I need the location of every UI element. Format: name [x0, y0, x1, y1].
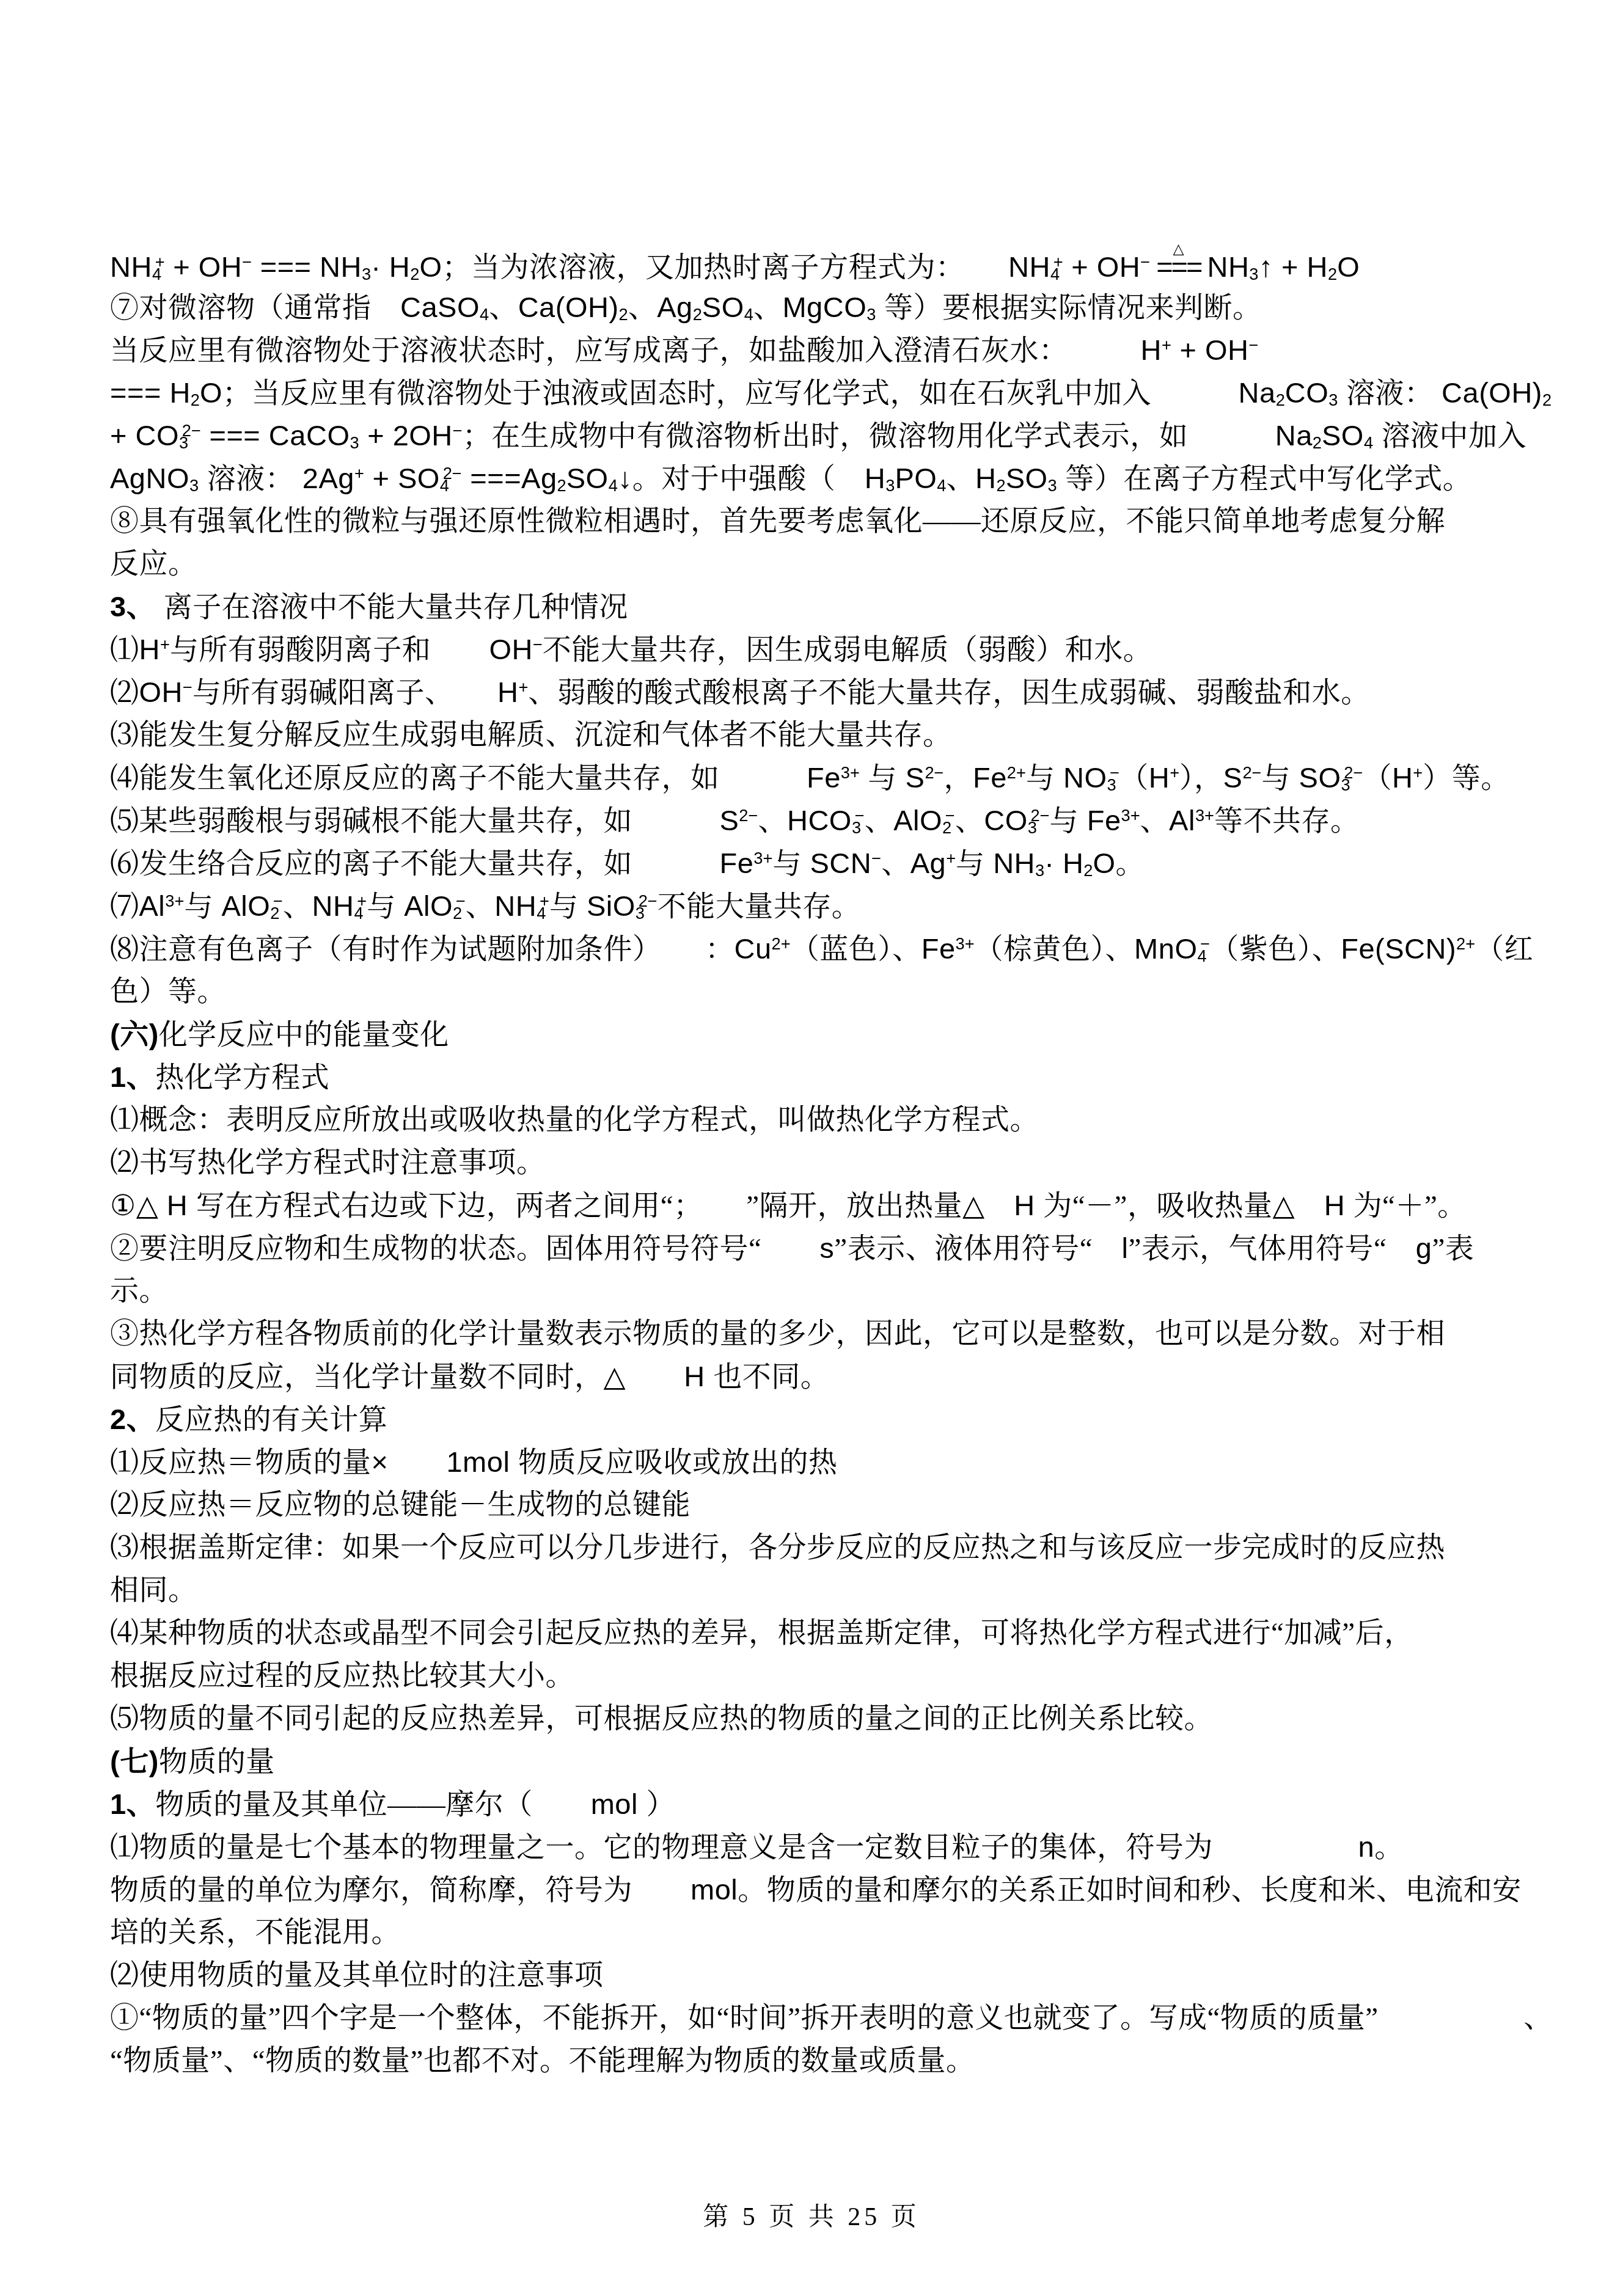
- bold-text: 1、: [110, 1062, 155, 1094]
- latin-text: 2−: [1031, 806, 1050, 825]
- superscript: −: [183, 678, 192, 696]
- latin-text: 4: [1364, 433, 1373, 452]
- latin-text: NH: [1008, 250, 1050, 283]
- latin-text: (: [110, 1745, 120, 1777]
- latin-text: 3: [866, 305, 876, 324]
- text-line: 当反应里有微溶物处于溶液状态时，应写成离子，如盐酸加入澄清石灰水： H+ + O…: [110, 329, 1577, 371]
- superscript: 2+: [772, 935, 791, 953]
- latin-text: 2+: [772, 934, 791, 953]
- text-line: 示。: [110, 1270, 1577, 1312]
- latin-text: 3: [1328, 390, 1338, 409]
- text-line: 1、热化学方程式: [110, 1056, 1577, 1099]
- latin-text: MnO: [1134, 932, 1197, 965]
- latin-text: MgCO: [782, 291, 866, 323]
- latin-text: + OH: [165, 250, 243, 283]
- latin-text: SO: [566, 462, 609, 494]
- text-line: ⑦对微溶物（通常指 CaSO4、Ca(OH)2、Ag2SO4、MgCO3 等）要…: [110, 286, 1577, 329]
- subscript: 2: [693, 305, 702, 324]
- superscript: +: [1162, 336, 1171, 354]
- latin-text: ): [149, 1745, 159, 1777]
- text-line: “物质量”、“物质的数量”也都不对。不能理解为物质的数量或质量。: [110, 2039, 1577, 2082]
- latin-text: +: [1053, 252, 1063, 271]
- text-line: ⑶能发生复分解反应生成弱电解质、沉淀和气体者不能大量共存。: [110, 714, 1577, 756]
- subscript: 2: [996, 477, 1005, 495]
- text-line: AgNO3 溶液： 2Ag+ + SO42− ===Ag2SO4↓。对于中强酸（…: [110, 457, 1577, 500]
- latin-text: [1373, 419, 1382, 452]
- latin-text: −: [1200, 934, 1210, 953]
- text-line: ⑹发生络合反应的离子不能大量共存，如 Fe3+与 SCN−、Ag+与 NH3· …: [110, 842, 1577, 885]
- latin-text: H: [1392, 761, 1413, 794]
- latin-text: Fe: [921, 932, 956, 965]
- latin-text: 3: [350, 433, 359, 452]
- document-body: NH4+ + OH− === NH3· H2O；当为浓溶液，又加热时离子方程式为…: [110, 243, 1577, 2082]
- superscript: −: [242, 253, 252, 271]
- latin-text: −: [1248, 335, 1258, 354]
- subscript: 3: [866, 305, 876, 324]
- delta-equals-symbol: △===: [1156, 243, 1201, 281]
- latin-text: 2−: [639, 891, 658, 910]
- latin-text: OH: [489, 633, 533, 665]
- latin-text: CO: [1285, 376, 1329, 409]
- subscript: 4: [937, 477, 946, 495]
- latin-text: 2: [1542, 390, 1552, 409]
- latin-text: Cu: [735, 932, 772, 965]
- latin-text: SCN: [802, 847, 871, 879]
- latin-text: 2−: [1242, 763, 1261, 782]
- latin-text: 1mol: [446, 1446, 518, 1478]
- text-line: 1、物质的量及其单位——摩尔（ mol ）: [110, 1783, 1577, 1826]
- superscript: 2−: [739, 806, 758, 825]
- text-line: ⑷某种物质的状态或晶型不同会引起反应热的差异，根据盖斯定律，可将热化学方程式进行…: [110, 1612, 1577, 1654]
- bold-text: 1、: [110, 1789, 155, 1821]
- latin-text: −: [453, 421, 463, 440]
- text-line: ⑵反应热＝反应物的总键能－生成物的总键能: [110, 1483, 1577, 1526]
- latin-text: 3: [1048, 476, 1057, 495]
- latin-text: 3+: [753, 849, 772, 868]
- latin-text: + CO: [110, 419, 179, 452]
- latin-text: SO: [1006, 462, 1048, 494]
- superscript: 2−: [639, 892, 658, 910]
- document-page: NH4+ + OH− === NH3· H2O；当为浓溶液，又加热时离子方程式为…: [0, 0, 1623, 2296]
- subscript: 2: [1328, 265, 1337, 283]
- latin-text: 2: [1313, 433, 1322, 452]
- subscript: 3: [350, 434, 359, 452]
- latin-text: 3: [362, 265, 371, 283]
- latin-text: NH: [1207, 250, 1249, 283]
- latin-text: [1338, 376, 1346, 409]
- subscript: 2: [1542, 391, 1552, 409]
- subscript: 3: [1249, 265, 1258, 283]
- superscript: 2−: [1242, 764, 1261, 782]
- latin-text: 2: [1083, 861, 1093, 880]
- subscript: 3: [1035, 861, 1044, 880]
- latin-text: g: [1416, 1232, 1432, 1264]
- superscript: +: [540, 892, 549, 910]
- text-line: ⑴反应热＝物质的量× 1mol 物质反应吸收或放出的热: [110, 1441, 1577, 1483]
- latin-text: S: [1223, 761, 1243, 794]
- superscript: 2−: [1031, 806, 1050, 825]
- text-line: ⑶根据盖斯定律：如果一个反应可以分几步进行，各分步反应的反应热之和与该反应一步完…: [110, 1526, 1577, 1569]
- latin-text: === NH: [252, 250, 362, 283]
- latin-text: NH: [985, 847, 1035, 879]
- latin-text: −: [1110, 763, 1119, 782]
- latin-text: SO: [702, 291, 744, 323]
- text-line: 反应。: [110, 543, 1577, 585]
- latin-text: −: [183, 678, 192, 696]
- latin-text: AlO: [893, 804, 942, 836]
- latin-text: 2−: [443, 464, 462, 483]
- latin-text: S: [897, 761, 925, 794]
- superscript: +: [946, 849, 956, 868]
- latin-text: H: [139, 633, 160, 665]
- text-line: 物质的量的单位为摩尔，简称摩，符号为 mol。物质的量和摩尔的关系正如时间和秒、…: [110, 1868, 1577, 1911]
- latin-text: [155, 590, 164, 623]
- superscript: 3+: [841, 764, 860, 782]
- text-line: 根据反应过程的反应热比较其大小。: [110, 1654, 1577, 1697]
- latin-text: + OH: [1063, 250, 1141, 283]
- latin-text: ): [149, 1018, 159, 1050]
- latin-text: (: [110, 1018, 120, 1050]
- latin-text: [1057, 462, 1066, 494]
- latin-text: 3: [110, 590, 126, 623]
- latin-text: 2: [1328, 265, 1337, 283]
- superscript: 2−: [1344, 764, 1363, 782]
- text-line: ⑻注意有色离子（有时作为试题附加条件） ：Cu2+（蓝色）、Fe3+（棕黄色）、…: [110, 927, 1577, 970]
- latin-text: +: [518, 678, 528, 696]
- latin-text: mol: [691, 1873, 738, 1906]
- latin-text: 2: [110, 1403, 126, 1435]
- latin-text: △: [604, 1360, 626, 1392]
- latin-text: −: [273, 891, 283, 910]
- latin-text: 2: [1276, 390, 1285, 409]
- superscript: 2−: [443, 464, 462, 483]
- subscript: 2: [619, 305, 628, 324]
- text-line: ⑵OH−与所有弱碱阳离子、 H+、弱酸的酸式酸根离子不能大量共存，因生成弱碱、弱…: [110, 671, 1577, 714]
- latin-text: 3+: [165, 891, 184, 910]
- subscript: 3: [189, 477, 199, 495]
- latin-text: Al: [139, 890, 166, 922]
- text-line: (六)化学反应中的能量变化: [110, 1013, 1577, 1056]
- latin-text: 3+: [841, 763, 860, 782]
- latin-text: Ag: [910, 847, 947, 879]
- latin-text: △: [1272, 1189, 1295, 1221]
- latin-text: −: [945, 806, 955, 825]
- text-line: === H2O；当反应里有微溶物处于浊液或固态时，应写化学式，如在石灰乳中加入 …: [110, 371, 1577, 414]
- text-line: ①△ H 写在方程式右边或下边，两者之间用“； ”隔开，放出热量△ H 为“－”…: [110, 1184, 1577, 1227]
- subscript: 3: [1048, 477, 1057, 495]
- text-line: 同物质的反应，当化学计量数不同时，△ H 也不同。: [110, 1355, 1577, 1398]
- superscript: 3+: [1121, 806, 1140, 825]
- latin-text: · H: [371, 250, 410, 283]
- latin-text: NH: [110, 250, 152, 283]
- latin-text: l: [1122, 1232, 1129, 1264]
- subscript: 3: [1328, 391, 1338, 409]
- text-line: ⑷能发生氧化还原反应的离子不能大量共存，如 Fe3+ 与 S2−，Fe2+与 N…: [110, 756, 1577, 799]
- latin-text: 2: [693, 305, 702, 324]
- latin-text: NH: [494, 890, 537, 922]
- subscript: 4: [609, 477, 618, 495]
- latin-text: 2−: [739, 806, 758, 825]
- latin-text: H: [1149, 761, 1170, 794]
- superscript: +: [155, 253, 165, 271]
- superscript: −: [945, 806, 955, 825]
- text-line: ⑴H+与所有弱酸阴离子和 OH−不能大量共存，因生成弱电解质（弱酸）和水。: [110, 628, 1577, 671]
- superscript: +: [357, 892, 367, 910]
- latin-text: −: [456, 891, 466, 910]
- superscript: −: [533, 635, 543, 654]
- latin-text: AlO: [213, 890, 270, 922]
- text-line: ③热化学方程各物质前的化学计量数表示物质的量的多少，因此，它可以是整数，也可以是…: [110, 1312, 1577, 1355]
- latin-text: Ag: [657, 291, 693, 323]
- latin-text: H: [975, 462, 996, 494]
- latin-text: H: [865, 462, 885, 494]
- latin-text: 2Ag: [294, 462, 354, 494]
- latin-text: CO: [984, 804, 1028, 836]
- text-line: ⑴物质的量是七个基本的物理量之一。它的物理意义是含一定数目粒子的集体，符号为 n…: [110, 1826, 1577, 1868]
- superscript: 3+: [1195, 806, 1214, 825]
- latin-text: Fe: [720, 847, 754, 879]
- latin-text: + 2OH: [359, 419, 453, 452]
- superscript: −: [1248, 336, 1258, 354]
- latin-text: + SO: [364, 462, 440, 494]
- subscript: 2: [1083, 861, 1093, 880]
- latin-text: Na: [1275, 419, 1313, 452]
- latin-text: 2−: [925, 763, 943, 782]
- latin-text: O: [1337, 250, 1360, 283]
- text-line: 色）等。: [110, 970, 1577, 1013]
- latin-text: mol: [591, 1788, 647, 1820]
- superscript: +: [1413, 764, 1423, 782]
- latin-text: Al: [1169, 804, 1195, 836]
- superscript: −: [456, 892, 466, 910]
- subscript: 2: [1313, 434, 1322, 452]
- latin-text: SiO: [578, 890, 635, 922]
- subscript: 2: [191, 391, 200, 409]
- latin-text: +: [357, 891, 367, 910]
- latin-text: SO: [1291, 761, 1341, 794]
- text-line: ⑧具有强氧化性的微粒与强还原性微粒相遇时，首先要考虑氧化——还原反应，不能只简单…: [110, 500, 1577, 543]
- latin-text: Fe: [1079, 804, 1121, 836]
- latin-text: −: [855, 806, 865, 825]
- latin-text: 3+: [1195, 806, 1214, 825]
- latin-text: S: [720, 804, 739, 836]
- latin-text: −: [533, 635, 543, 654]
- latin-text: PO: [895, 462, 937, 494]
- subscript: 3: [885, 477, 895, 495]
- latin-text: 3+: [956, 934, 975, 953]
- latin-text: 2: [996, 476, 1005, 495]
- latin-text: Ca(OH): [1434, 376, 1542, 409]
- latin-text: 4: [744, 305, 753, 324]
- latin-text: + OH: [1171, 334, 1249, 366]
- double-equals-bar: ===: [1156, 252, 1201, 281]
- latin-text: AgNO: [110, 462, 189, 494]
- subscript: 4: [1364, 434, 1373, 452]
- latin-text: HCO: [787, 804, 852, 836]
- latin-text: ===Ag: [462, 462, 557, 494]
- latin-text: NO: [1055, 761, 1107, 794]
- latin-text: === CaCO: [201, 419, 350, 452]
- latin-text: SO: [1322, 419, 1364, 452]
- superscript: +: [1053, 253, 1063, 271]
- latin-text: 1: [110, 1061, 126, 1093]
- latin-text: 2: [557, 476, 566, 495]
- latin-text: === H: [110, 376, 191, 409]
- latin-text: n: [1358, 1830, 1375, 1863]
- latin-text: H: [1324, 1189, 1354, 1221]
- latin-text: O: [419, 250, 442, 283]
- latin-text: 3: [1035, 861, 1044, 880]
- bold-text: 3、: [110, 591, 155, 623]
- latin-text: +: [160, 635, 170, 654]
- latin-text: 3: [189, 476, 199, 495]
- superscript: −: [1140, 253, 1150, 271]
- latin-text: 3+: [1121, 806, 1140, 825]
- latin-text: Fe: [973, 761, 1007, 794]
- latin-text: · H: [1044, 847, 1083, 879]
- latin-text: −: [871, 849, 881, 868]
- latin-text: 2−: [182, 421, 201, 440]
- latin-text: 2: [191, 390, 200, 409]
- latin-text: [860, 761, 868, 794]
- subscript: 2: [1276, 391, 1285, 409]
- latin-text: 4: [609, 476, 618, 495]
- latin-text: [876, 291, 884, 323]
- latin-text: △: [962, 1189, 985, 1221]
- latin-text: Na: [1239, 376, 1276, 409]
- latin-text: H: [1141, 334, 1162, 366]
- latin-text: −: [242, 252, 252, 271]
- latin-text: 2+: [1007, 763, 1026, 782]
- latin-text: Ca(OH): [518, 291, 619, 323]
- latin-text: OH: [139, 676, 183, 708]
- latin-text: Fe: [807, 761, 841, 794]
- latin-text: Fe(SCN): [1341, 932, 1456, 965]
- page-number-footer: 第 5 页 共 25 页: [0, 2196, 1623, 2233]
- superscript: 2+: [1007, 764, 1026, 782]
- bold-text: (七): [110, 1746, 159, 1778]
- text-line: 2、反应热的有关计算: [110, 1398, 1577, 1441]
- text-line: 培的关系，不能混用。: [110, 1911, 1577, 1954]
- superscript: −: [1110, 764, 1119, 782]
- subscript: 2: [557, 477, 566, 495]
- latin-text: AlO: [396, 890, 453, 922]
- superscript: −: [871, 849, 881, 868]
- latin-text: ×: [372, 1446, 389, 1478]
- text-line: ⑸物质的量不同引起的反应热差异，可根据反应热的物质的量之间的正比例关系比较。: [110, 1697, 1577, 1740]
- latin-text: −: [1140, 252, 1150, 271]
- text-line: ⑴概念：表明反应所放出或吸收热量的化学方程式，叫做热化学方程式。: [110, 1099, 1577, 1141]
- superscript: +: [1170, 764, 1179, 782]
- latin-text: +: [540, 891, 549, 910]
- latin-text: H: [497, 676, 518, 708]
- bold-text: (六): [110, 1019, 159, 1051]
- superscript: 2−: [182, 422, 201, 440]
- text-line: 3、 离子在溶液中不能大量共存几种情况: [110, 585, 1577, 628]
- superscript: 3+: [753, 849, 772, 868]
- latin-text: 4: [937, 476, 946, 495]
- superscript: 2+: [1456, 935, 1475, 953]
- latin-text: H: [684, 1360, 713, 1392]
- latin-text: +: [155, 252, 165, 271]
- superscript: −: [855, 806, 865, 825]
- superscript: 3+: [165, 892, 184, 910]
- latin-text: O: [1093, 847, 1116, 879]
- latin-text: H: [1014, 1189, 1043, 1221]
- latin-text: CaSO: [400, 291, 480, 323]
- text-line: 相同。: [110, 1569, 1577, 1612]
- latin-text: +: [1170, 763, 1179, 782]
- superscript: +: [518, 678, 528, 696]
- text-line: ①“物质的量”四个字是一个整体，不能拆开，如“时间”拆开表明的意义也就变了。写成…: [110, 1997, 1577, 2039]
- latin-text: ↓: [618, 462, 632, 494]
- latin-text: 2−: [1344, 763, 1363, 782]
- superscript: −: [273, 892, 283, 910]
- text-line: ⑵书写热化学方程式时注意事项。: [110, 1141, 1577, 1184]
- latin-text: 2+: [1456, 934, 1475, 953]
- subscript: 4: [744, 305, 753, 324]
- latin-text: NH: [312, 890, 354, 922]
- text-line: ②要注明反应物和生成物的状态。固体用符号符号“ s”表示、液体用符号“ l”表示…: [110, 1227, 1577, 1270]
- superscript: +: [354, 464, 364, 483]
- latin-text: +: [946, 849, 956, 868]
- latin-text: 3: [885, 476, 895, 495]
- text-line: ⑺Al3+与 AlO2−、NH4+与 AlO2−、NH4+与 SiO32−不能大…: [110, 885, 1577, 927]
- latin-text: △ H: [136, 1189, 196, 1221]
- latin-text: [199, 462, 207, 494]
- text-line: NH4+ + OH− === NH3· H2O；当为浓溶液，又加热时离子方程式为…: [110, 243, 1577, 286]
- text-line: (七)物质的量: [110, 1740, 1577, 1783]
- superscript: −: [453, 422, 463, 440]
- latin-text: 3: [1249, 265, 1258, 283]
- latin-text: 2: [619, 305, 628, 324]
- latin-text: s: [819, 1232, 834, 1264]
- text-line: ⑸某些弱酸根与弱碱根不能大量共存，如 S2−、HCO3−、AlO2−、CO32−…: [110, 799, 1577, 842]
- text-line: ⑵使用物质的量及其单位时的注意事项: [110, 1954, 1577, 1997]
- latin-text: 2: [410, 265, 419, 283]
- latin-text: +: [1413, 763, 1423, 782]
- latin-text: +: [354, 464, 364, 483]
- subscript: 3: [362, 265, 371, 283]
- bold-text: 2、: [110, 1404, 155, 1436]
- latin-text: ↑ + H: [1259, 250, 1328, 283]
- subscript: 2: [410, 265, 419, 283]
- text-line: + CO32− === CaCO3 + 2OH−；在生成物中有微溶物析出时，微溶…: [110, 414, 1577, 457]
- superscript: 3+: [956, 935, 975, 953]
- superscript: +: [160, 635, 170, 654]
- superscript: −: [1200, 935, 1210, 953]
- superscript: 2−: [925, 764, 943, 782]
- latin-text: 4: [480, 305, 489, 324]
- latin-text: O: [200, 376, 222, 409]
- subscript: 4: [480, 305, 489, 324]
- latin-text: +: [1162, 335, 1171, 354]
- latin-text: 1: [110, 1788, 126, 1820]
